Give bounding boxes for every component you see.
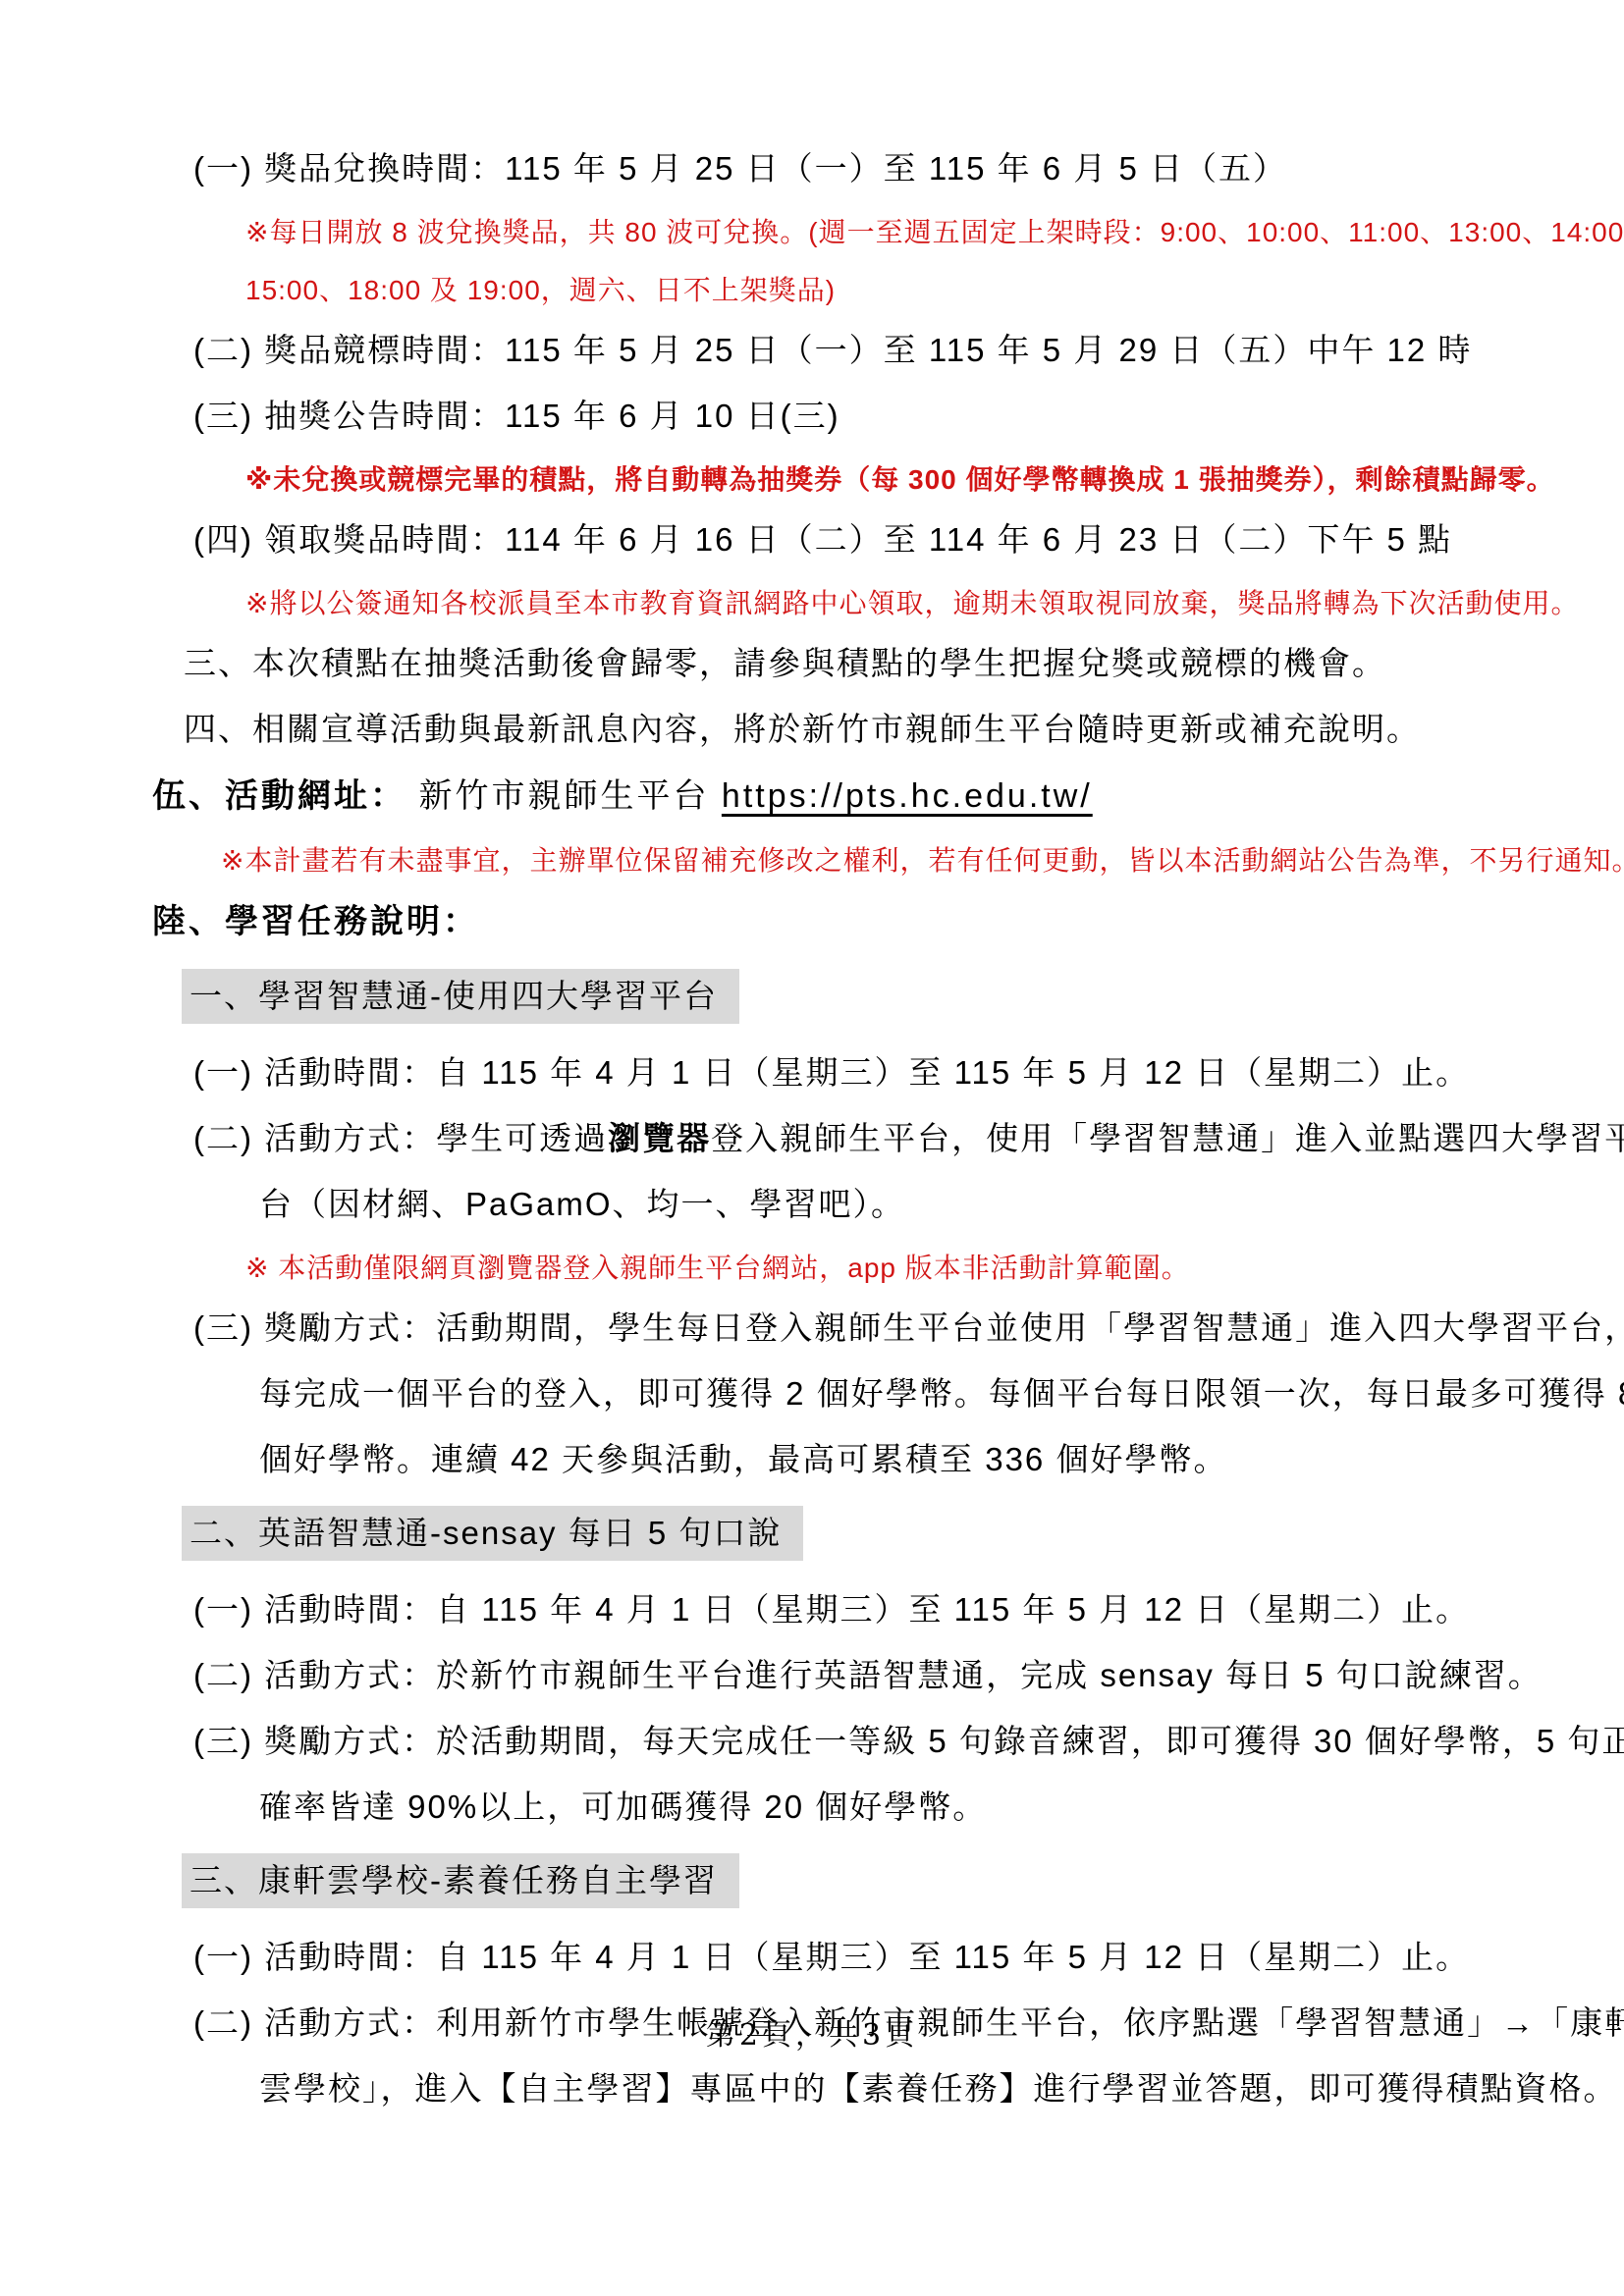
document-content: (一) 獎品兌換時間：115 年 5 月 25 日（一）至 115 年 6 月 …: [0, 149, 1624, 2135]
page-number-footer: 第2頁，共3頁: [0, 2010, 1624, 2054]
task3-time-line: (一) 活動時間：自 115 年 4 月 1 日（星期三）至 115 年 5 月…: [193, 1938, 1624, 1977]
task1-reward-line1: (三) 獎勵方式：活動期間，學生每日登入親師生平台並使用「學習智慧通」進入四大學…: [193, 1308, 1624, 1348]
section6-learning-tasks-heading: 陸、學習任務說明：: [152, 901, 1624, 942]
document-page: (一) 獎品兌換時間：115 年 5 月 25 日（一）至 115 年 6 月 …: [0, 0, 1624, 2296]
task2-reward-line2: 確率皆達 90%以上，可加碼獲得 20 個好學幣。: [259, 1788, 1624, 1827]
task1-method-suffix: 登入親師生平台，使用「學習智慧通」進入並點選四大學習平: [711, 1120, 1624, 1156]
task2-time-line: (一) 活動時間：自 115 年 4 月 1 日（星期三）至 115 年 5 月…: [193, 1590, 1624, 1629]
task1-title-row: 一、學習智慧通-使用四大學習平台: [182, 969, 1624, 1024]
prize-pickup-time-line: (四) 領取獎品時間：114 年 6 月 16 日（二）至 114 年 6 月 …: [193, 520, 1624, 560]
lottery-announcement-time-line: (三) 抽獎公告時間：115 年 6 月 10 日(三): [193, 397, 1624, 436]
prize-exchange-note-line1: ※每日開放 8 波兌換獎品，共 80 波可兌換。(週一至週五固定上架時段：9:0…: [245, 215, 1624, 249]
task1-method-line1: (二) 活動方式：學生可透過瀏覽器登入親師生平台，使用「學習智慧通」進入並點選四…: [193, 1119, 1624, 1158]
points-reset-line: 三、本次積點在抽獎活動後會歸零，請參與積點的學生把握兌獎或競標的機會。: [184, 644, 1624, 683]
task2-reward-line1: (三) 獎勵方式：於活動期間，每天完成任一等級 5 句錄音練習，即可獲得 30 …: [193, 1722, 1624, 1761]
task2-title-row: 二、英語智慧通-sensay 每日 5 句口說: [182, 1506, 1624, 1561]
task1-method-line2: 台（因材網、PaGamO、均一、學習吧）。: [259, 1185, 1624, 1224]
task1-title-highlight: 一、學習智慧通-使用四大學習平台: [182, 969, 739, 1024]
updates-info-line: 四、相關宣導活動與最新訊息內容，將於新竹市親師生平台隨時更新或補充說明。: [184, 710, 1624, 749]
prize-exchange-time-line: (一) 獎品兌換時間：115 年 5 月 25 日（一）至 115 年 6 月 …: [193, 149, 1624, 188]
section5-activity-url-heading: 伍、活動網址： 新竹市親師生平台 https://pts.hc.edu.tw/: [152, 775, 1624, 817]
task2-method-line: (二) 活動方式：於新竹市親師生平台進行英語智慧通，完成 sensay 每日 5…: [193, 1656, 1624, 1695]
activity-url-link[interactable]: https://pts.hc.edu.tw/: [722, 777, 1093, 815]
section5-disclaimer-note: ※本計畫若有未盡事宜，主辦單位保留補充修改之權利，若有任何更動，皆以本活動網站公…: [221, 843, 1624, 878]
task3-method-line2: 雲學校」，進入【自主學習】專區中的【素養任務】進行學習並答題，即可獲得積點資格。: [259, 2069, 1624, 2109]
task1-reward-line3: 個好學幣。連續 42 天參與活動，最高可累積至 336 個好學幣。: [259, 1440, 1624, 1479]
task3-title-row: 三、康軒雲學校-素養任務自主學習: [182, 1853, 1624, 1908]
section5-label: 伍、活動網址：: [152, 777, 406, 815]
task1-method-browser-bold: 瀏覽器: [608, 1120, 711, 1156]
task3-title-highlight: 三、康軒雲學校-素養任務自主學習: [182, 1853, 739, 1908]
prize-bidding-time-line: (二) 獎品競標時間：115 年 5 月 25 日（一）至 115 年 5 月 …: [193, 331, 1624, 370]
prize-exchange-note-line2: 15:00、18:00 及 19:00，週六、日不上架獎品): [245, 273, 1624, 307]
prize-pickup-note: ※將以公簽通知各校派員至本市教育資訊網路中心領取，逾期未領取視同放棄，獎品將轉為…: [245, 586, 1624, 620]
task1-reward-line2: 每完成一個平台的登入，即可獲得 2 個好學幣。每個平台每日限領一次，每日最多可獲…: [259, 1374, 1624, 1414]
lottery-points-note: ※未兌換或競標完畢的積點，將自動轉為抽獎券（每 300 個好學幣轉換成 1 張抽…: [245, 462, 1624, 497]
task1-browser-only-note: ※ 本活動僅限網頁瀏覽器登入親師生平台網站，app 版本非活動計算範圍。: [245, 1251, 1624, 1285]
task1-method-prefix: (二) 活動方式：學生可透過: [193, 1120, 608, 1156]
section5-site-name: 新竹市親師生平台: [406, 777, 722, 815]
task2-title-highlight: 二、英語智慧通-sensay 每日 5 句口說: [182, 1506, 803, 1561]
task1-time-line: (一) 活動時間：自 115 年 4 月 1 日（星期三）至 115 年 5 月…: [193, 1053, 1624, 1093]
